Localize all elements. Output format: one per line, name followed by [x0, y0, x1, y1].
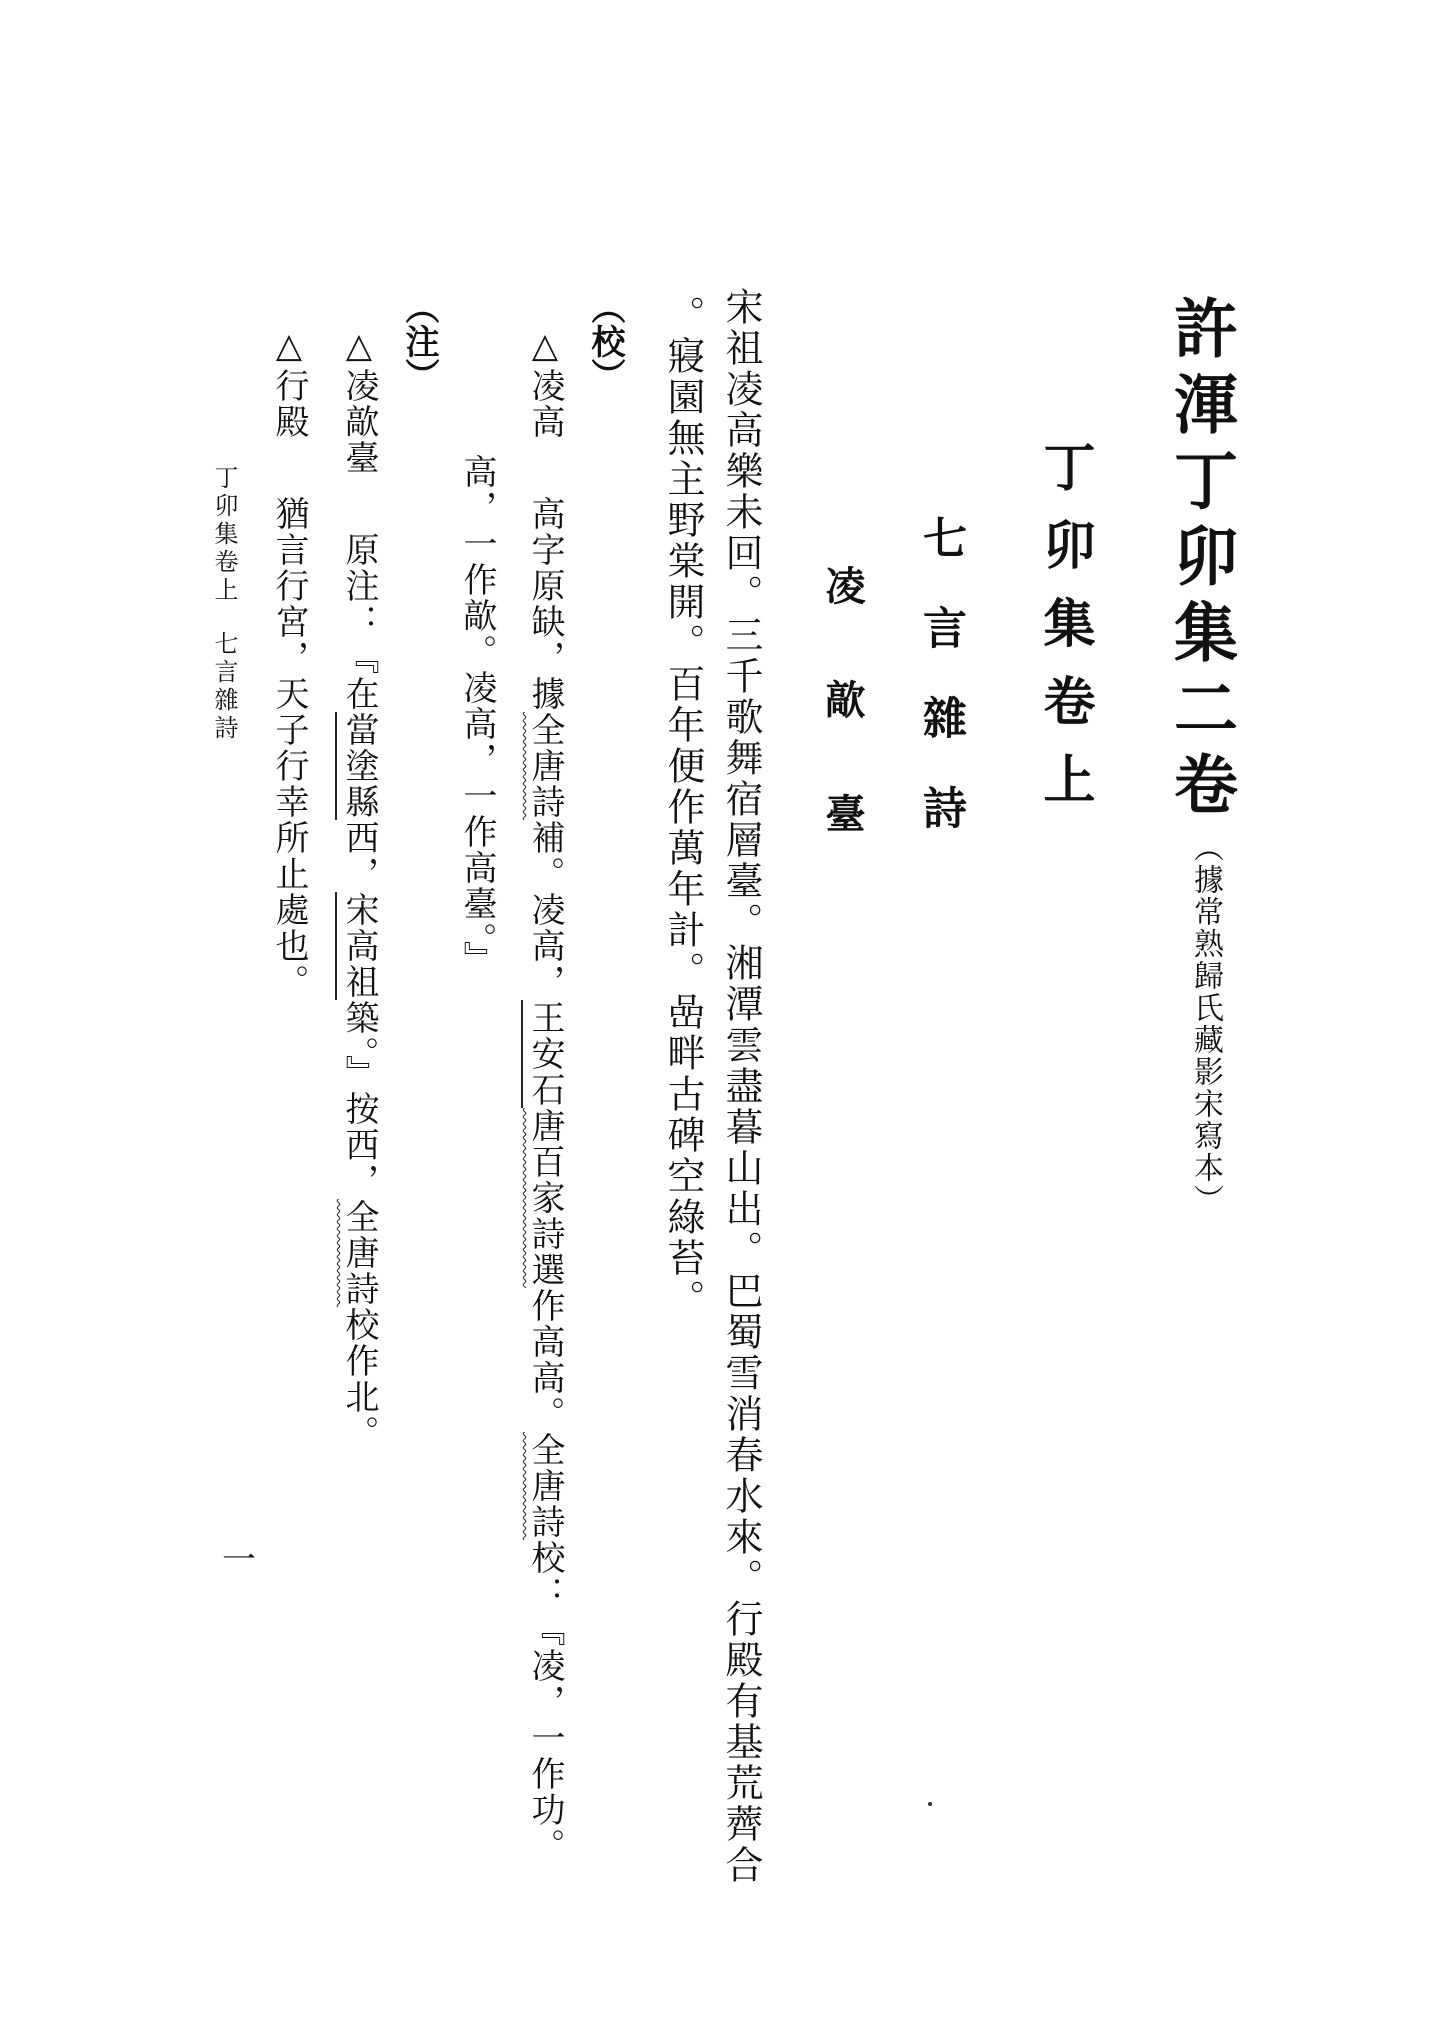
poem-line-1: 宋祖凌高樂未回。三千歌舞宿層臺。湘潭雲盡暮山出。巴蜀雪消春水來。行殿有基荒薺合 [722, 287, 760, 1886]
note-entry: △行殿猶言行宮，天子行幸所止處也。 [272, 326, 306, 1000]
volume-title: 丁卯集卷上 [1038, 440, 1090, 830]
entry-text-0: 猶言行宮，天子行幸所止處也。 [269, 496, 309, 1000]
entry-text-2: 補。凌高， [525, 820, 565, 1000]
entry-term: △凌歊臺 [342, 326, 376, 476]
entry-term: △行殿 [272, 326, 306, 440]
book-name: 全唐詩 [525, 712, 565, 820]
entry-text-7: 校：『凌，一作功。 [525, 1540, 565, 1864]
place-name: 當塗縣 [335, 712, 379, 820]
triangle-marker-icon: △ [525, 326, 565, 368]
triangle-marker-icon: △ [339, 326, 379, 368]
running-head-volume: 丁卯集卷上 [210, 465, 238, 605]
note-entry: △凌歊臺原注：『在當塗縣西，宋高祖築。』按西，全唐詩校作北。 [342, 326, 376, 1451]
notes-heading: （注） [402, 290, 436, 392]
person-name: 王安石 [521, 1000, 565, 1108]
person-name: 宋高祖 [335, 892, 379, 1000]
book-name: 全唐詩 [339, 1199, 379, 1307]
genre-title: 七言雜詩 [918, 515, 962, 875]
book-name: 唐百家詩選 [525, 1108, 565, 1288]
page-number: 一 [222, 1532, 256, 1581]
triangle-marker-icon: △ [269, 326, 309, 368]
entry-text-5: 作高高。 [525, 1288, 565, 1432]
poem-title: 凌歊臺 [822, 565, 862, 907]
entry-text-4: 築。』按西， [339, 1000, 379, 1199]
entry-text-0: 原注：『在 [339, 532, 379, 712]
collation-entry-continuation: 高，一作歊。凌高，一作高臺。』 [460, 454, 494, 977]
running-head: 丁卯集卷上七言雜詩 [212, 465, 236, 743]
book-name: 全唐詩 [525, 1432, 565, 1540]
entry-text-6: 校作北。 [339, 1307, 379, 1451]
entry-text-2: 西， [339, 820, 379, 892]
running-head-genre: 七言雜詩 [210, 631, 238, 743]
print-speck [928, 1802, 932, 1806]
source-note: （據常熟歸氏藏影宋寫本） [1190, 832, 1220, 1216]
entry-term: △凌高 [528, 326, 562, 440]
collation-entry: △凌高高字原缺，據全唐詩補。凌高，王安石唐百家詩選作高高。全唐詩校：『凌，一作功… [528, 326, 562, 1864]
collation-heading: （校） [588, 290, 622, 392]
poem-line-2: 。寢園無主野棠開。百年便作萬年計。嵒畔古碑空綠苔。 [664, 295, 702, 1320]
entry-text-0: 高字原缺，據 [525, 496, 565, 712]
book-title: 許渾丁卯集二卷 [1168, 295, 1232, 827]
